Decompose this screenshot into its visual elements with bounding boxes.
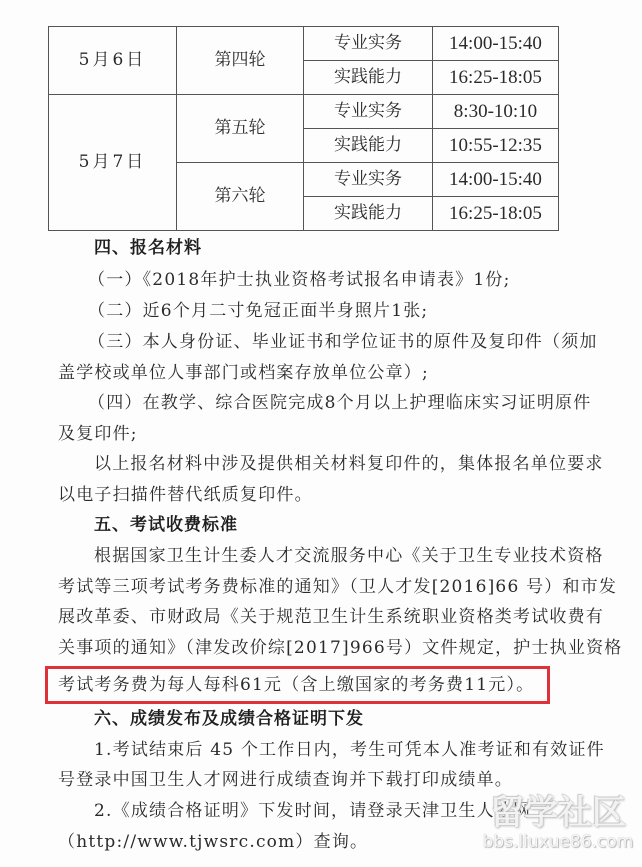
- exam-subject: 实践能力: [304, 129, 433, 163]
- table-row: 5月7日 第五轮 专业实务 8:30-10:10: [49, 95, 559, 129]
- exam-date: 5月6日: [49, 27, 177, 95]
- exam-date: 5月7日: [49, 95, 177, 231]
- paragraph-line: 号登录中国卫生人才网进行成绩查询并下载打印成绩单。: [58, 765, 558, 795]
- paragraph-line: 考试等三项考试考务费标准的通知》（卫人才发[2016]66 号）和市发: [58, 572, 558, 602]
- exam-schedule-table: 5月6日 第四轮 专业实务 14:00-15:40 实践能力 16:25-18:…: [48, 26, 559, 231]
- paragraph-line: 1.考试结束后 45 个工作日内，考生可凭本人准考证和有效证件: [94, 735, 594, 765]
- paragraph-line: （三）本人身份证、毕业证书和学位证书的原件及复印件（须加: [88, 327, 588, 357]
- section-heading-score-release: 六、成绩发布及成绩合格证明下发: [94, 704, 364, 734]
- section-heading-exam-fees: 五、考试收费标准: [94, 510, 238, 540]
- section-heading-registration-materials: 四、报名材料: [94, 233, 202, 263]
- paragraph-line: （二）近6个月二寸免冠正面半身照片1张;: [88, 296, 588, 326]
- paragraph-line: （四）在教学、综合医院完成8个月以上护理临床实习证明原件: [88, 388, 588, 418]
- exam-round: 第四轮: [177, 27, 304, 95]
- paragraph-line: 以电子扫描件替代纸质复印件。: [58, 480, 558, 510]
- exam-time: 8:30-10:10: [433, 95, 559, 129]
- exam-time: 16:25-18:05: [433, 61, 559, 95]
- paragraph-line: （http://www.tjwsrc.com）查询。: [58, 827, 558, 857]
- exam-round: 第六轮: [177, 163, 304, 231]
- table-row: 5月6日 第四轮 专业实务 14:00-15:40: [49, 27, 559, 61]
- paragraph-line: 盖学校或单位人事部门或档案存放单位公章）;: [58, 358, 558, 388]
- red-highlight-box: [45, 666, 550, 704]
- exam-subject: 专业实务: [304, 95, 433, 129]
- exam-time: 10:55-12:35: [433, 129, 559, 163]
- exam-round: 第五轮: [177, 95, 304, 163]
- paragraph-line: （一）《2018年护士执业资格考试报名申请表》1份;: [88, 265, 588, 295]
- exam-subject: 实践能力: [304, 61, 433, 95]
- exam-subject: 实践能力: [304, 197, 433, 231]
- paragraph-line: 根据国家卫生计生委人才交流服务中心《关于卫生专业技术资格: [94, 541, 594, 571]
- paragraph-line: 关事项的通知》（津发改价综[2017]966号）文件规定，护士执业资格: [58, 633, 558, 663]
- paragraph-line: 以上报名材料中涉及提供相关材料复印件的，集体报名单位要求: [94, 449, 594, 479]
- exam-time: 16:25-18:05: [433, 197, 559, 231]
- exam-time: 14:00-15:40: [433, 163, 559, 197]
- paragraph-line: 及复印件;: [58, 419, 558, 449]
- exam-subject: 专业实务: [304, 27, 433, 61]
- exam-subject: 专业实务: [304, 163, 433, 197]
- paragraph-line: 2.《成绩合格证明》下发时间，请登录天津卫生人才网: [94, 796, 594, 826]
- exam-time: 14:00-15:40: [433, 27, 559, 61]
- paragraph-line: 展改革委、市财政局《关于规范卫生计生系统职业资格类考试收费有: [58, 602, 558, 632]
